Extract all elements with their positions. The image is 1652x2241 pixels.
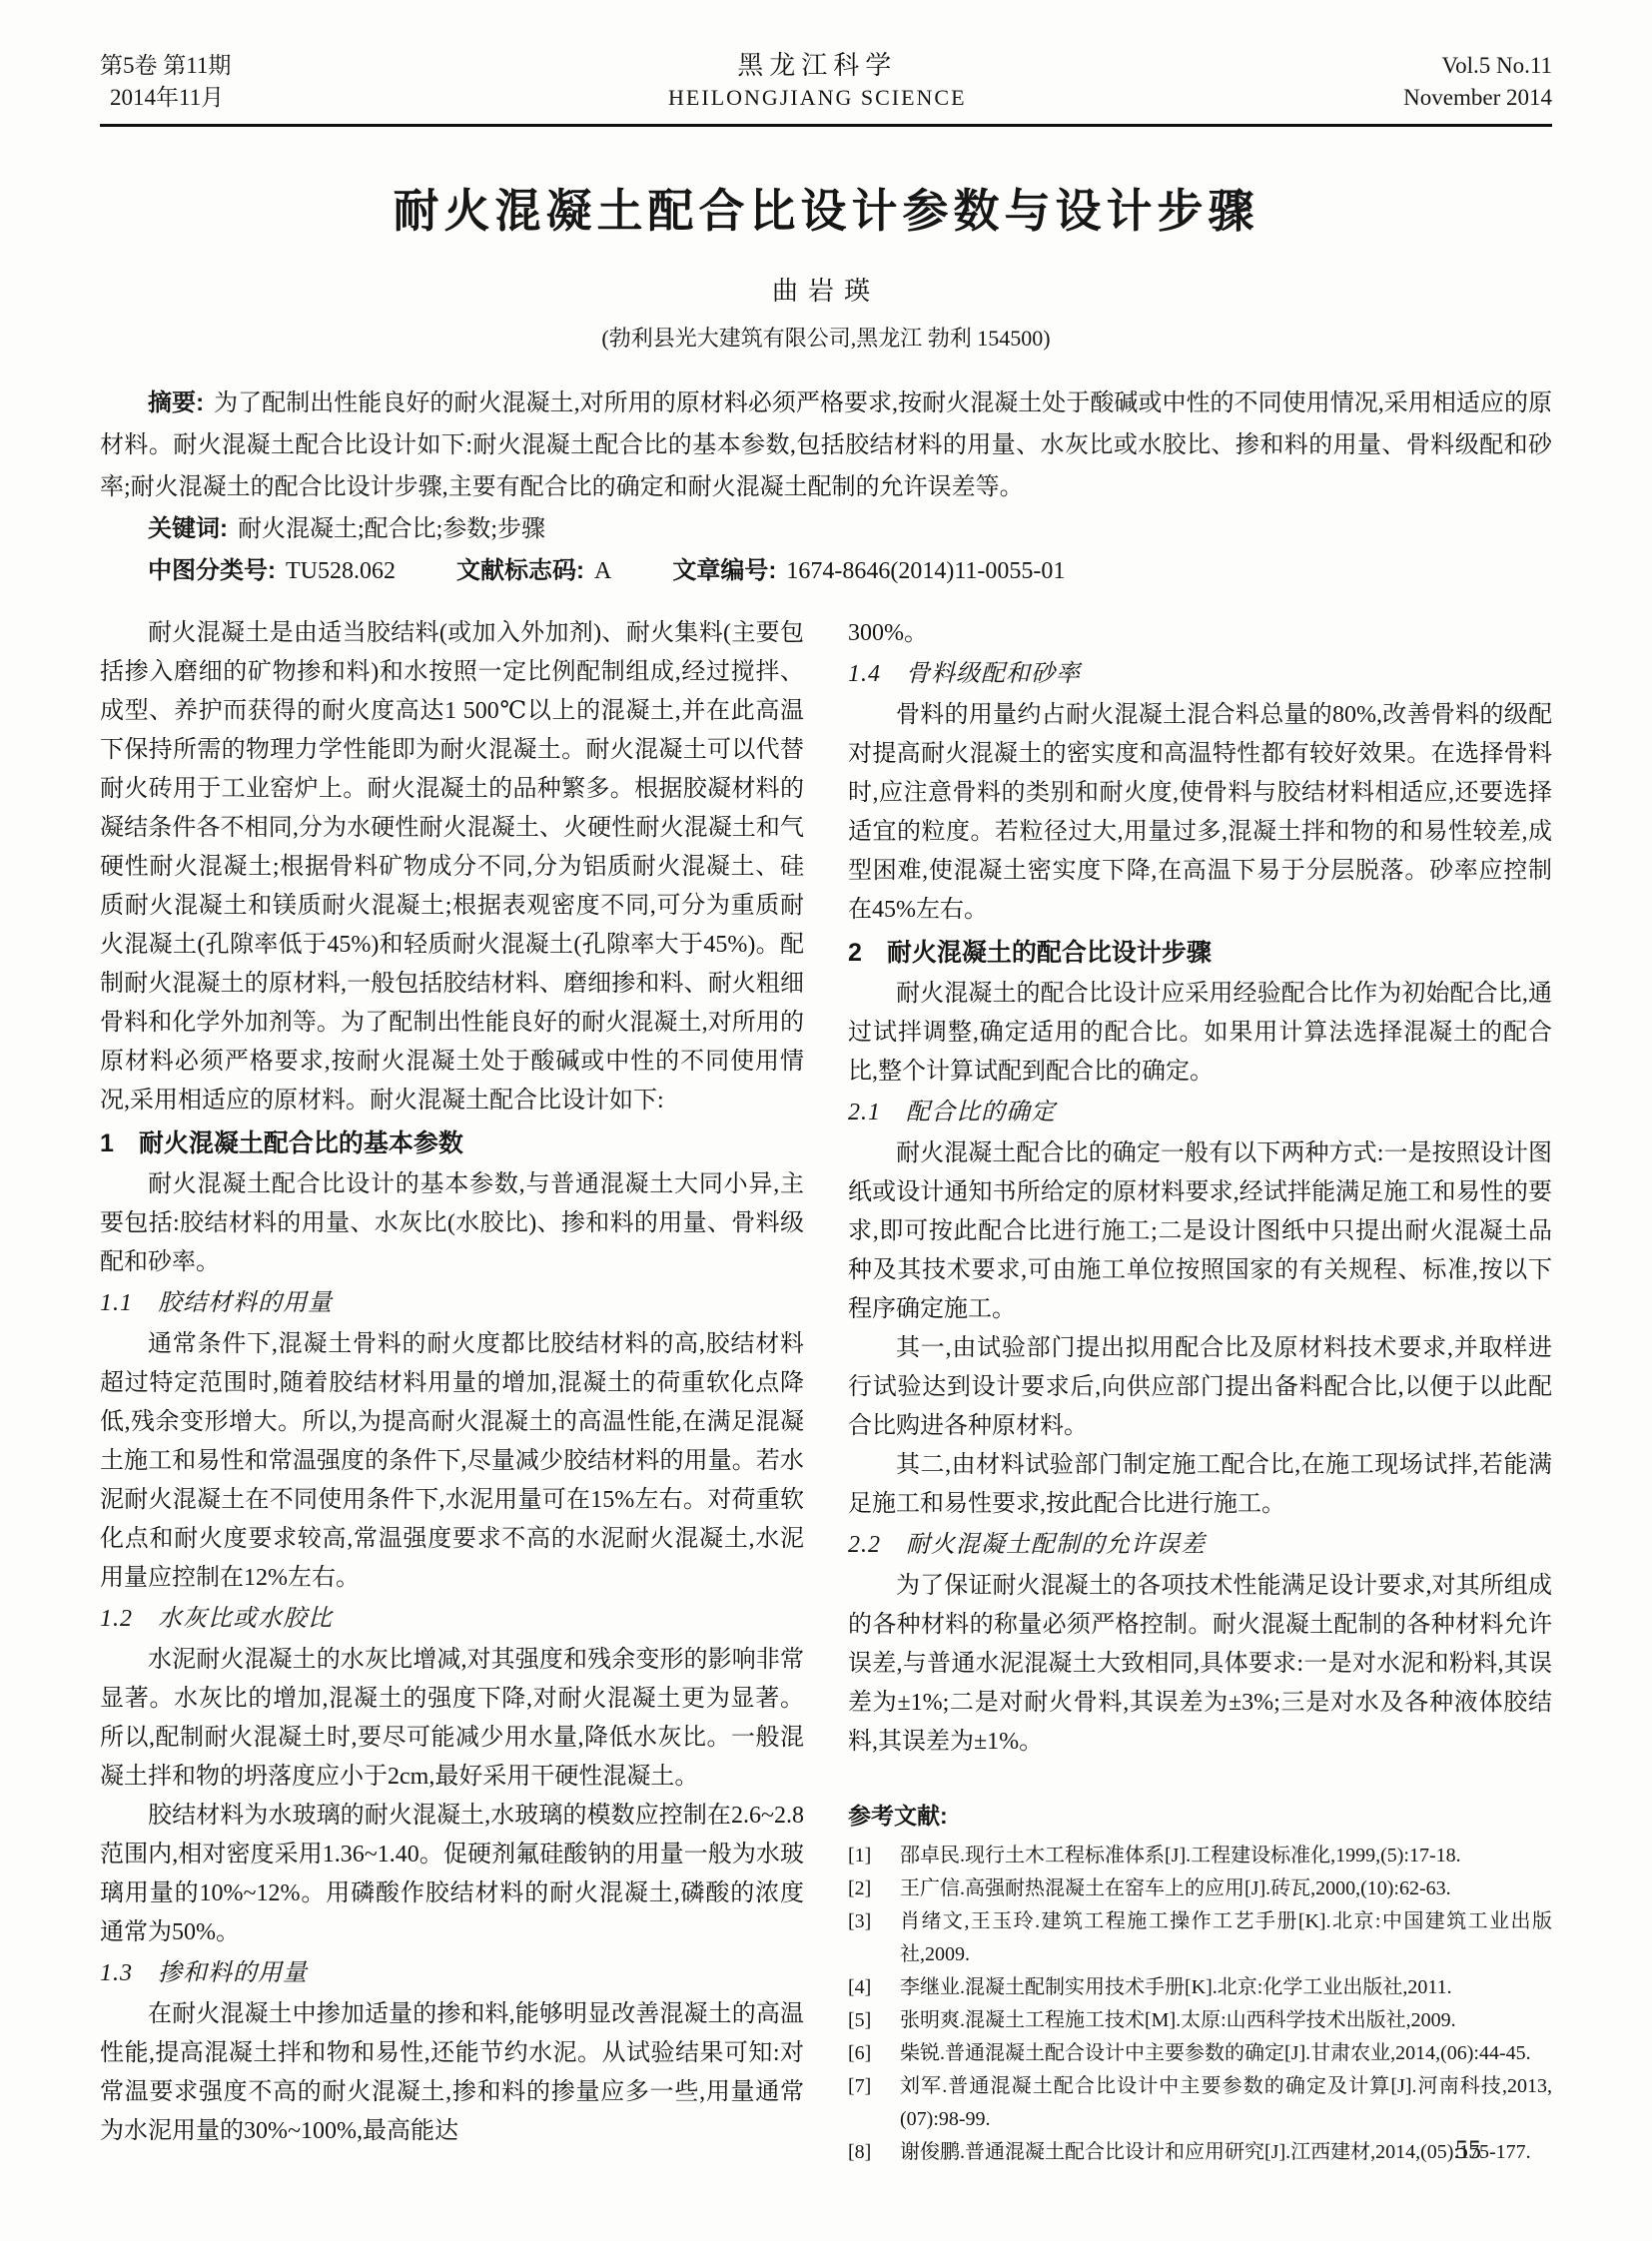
intro-paragraph: 耐火混凝土是由适当胶结料(或加入外加剂)、耐火集料(主要包括掺入磨细的矿物掺和料…: [100, 614, 804, 1120]
right-column: 300%。 1.4 骨料级配和砂率 骨料的用量约占耐火混凝土混合料总量的80%,…: [848, 614, 1552, 2169]
abstract-label: 摘要:: [148, 389, 204, 416]
masthead-volume-en-block: Vol.5 No.11 November 2014: [1403, 50, 1552, 114]
journal-name-en: HEILONGJIANG SCIENCE: [668, 82, 966, 114]
reference-item: [1]邵卓民.现行土木工程标准体系[J].工程建设标准化,1999,(5):17…: [848, 1840, 1552, 1872]
reference-item: [8]谢俊鹏.普通混凝土配合比设计和应用研究[J].江西建材,2014,(05)…: [848, 2136, 1552, 2169]
section-2-1-paragraph-1: 耐火混凝土配合比的确定一般有以下两种方式:一是按照设计图纸或设计通知书所给定的原…: [848, 1134, 1552, 1329]
keywords-label: 关键词:: [148, 515, 228, 542]
reference-number: [4]: [848, 1971, 871, 2004]
references-section: 参考文献: [1]邵卓民.现行土木工程标准体系[J].工程建设标准化,1999,…: [848, 1798, 1552, 2169]
masthead-volume-block: 第5卷 第11期 2014年11月: [100, 50, 231, 114]
section-2-heading: 2 耐火混凝土的配合比设计步骤: [848, 934, 1552, 973]
masthead-journal-block: 黑龙江科学 HEILONGJIANG SCIENCE: [668, 50, 966, 114]
reference-text: 张明爽.混凝土工程施工技术[M].太原:山西科学技术出版社,2009.: [900, 2009, 1456, 2031]
section-1-3-heading: 1.3 掺和料的用量: [100, 1954, 804, 1993]
volume-issue-en: Vol.5 No.11: [1403, 50, 1552, 82]
reference-number: [3]: [848, 1905, 871, 1938]
reference-number: [6]: [848, 2037, 871, 2070]
journal-page: 第5卷 第11期 2014年11月 黑龙江科学 HEILONGJIANG SCI…: [0, 0, 1652, 2241]
reference-number: [5]: [848, 2004, 871, 2037]
reference-item: [5]张明爽.混凝土工程施工技术[M].太原:山西科学技术出版社,2009.: [848, 2004, 1552, 2037]
date-cn: 2014年11月: [100, 82, 231, 114]
reference-item: [3]肖绪文,王玉玲.建筑工程施工操作工艺手册[K].北京:中国建筑工业出版社,…: [848, 1905, 1552, 1971]
section-1-3-paragraph: 在耐火混凝土中掺加适量的掺和料,能够明显改善混凝土的高温性能,提高混凝土拌和物和…: [100, 1995, 804, 2151]
reference-number: [7]: [848, 2070, 871, 2103]
page-number: 55: [1455, 2135, 1481, 2165]
section-2-2-heading: 2.2 耐火混凝土配制的允许误差: [848, 1526, 1552, 1565]
journal-masthead: 第5卷 第11期 2014年11月 黑龙江科学 HEILONGJIANG SCI…: [100, 0, 1552, 114]
keywords-text: 耐火混凝土;配合比;参数;步骤: [238, 516, 545, 542]
reference-text: 刘军.普通混凝土配合比设计中主要参数的确定及计算[J].河南科技,2013,(0…: [900, 2075, 1552, 2130]
reference-item: [4]李继业.混凝土配制实用技术手册[K].北京:化学工业出版社,2011.: [848, 1971, 1552, 2004]
reference-number: [1]: [848, 1840, 871, 1872]
article-id-label: 文章编号:: [672, 557, 776, 584]
section-1-4-heading: 1.4 骨料级配和砂率: [848, 655, 1552, 694]
date-en: November 2014: [1403, 82, 1552, 114]
journal-name-cn: 黑龙江科学: [668, 50, 966, 82]
reference-item: [6]柴锐.普通混凝土配合设计中主要参数的确定[J].甘肃农业,2014,(06…: [848, 2037, 1552, 2070]
section-2-1-heading: 2.1 配合比的确定: [848, 1094, 1552, 1132]
article-author: 曲岩瑛: [0, 271, 1652, 308]
article-body: 耐火混凝土是由适当胶结料(或加入外加剂)、耐火集料(主要包括掺入磨细的矿物掺和料…: [100, 614, 1552, 2169]
section-1-heading: 1 耐火混凝土配合比的基本参数: [100, 1124, 804, 1163]
header-divider: [100, 124, 1552, 127]
article-affiliation: (勃利县光大建筑有限公司,黑龙江 勃利 154500): [0, 322, 1652, 353]
clc-label: 中图分类号:: [148, 557, 276, 584]
clc-value: TU528.062: [286, 558, 396, 584]
section-1-paragraph: 耐火混凝土配合比设计的基本参数,与普通混凝土大同小异,主要包括:胶结材料的用量、…: [100, 1165, 804, 1282]
reference-number: [8]: [848, 2136, 871, 2169]
reference-text: 李继业.混凝土配制实用技术手册[K].北京:化学工业出版社,2011.: [900, 1976, 1452, 1998]
references-label: 参考文献:: [848, 1798, 1552, 1834]
reference-text: 邵卓民.现行土木工程标准体系[J].工程建设标准化,1999,(5):17-18…: [900, 1845, 1461, 1867]
section-2-1-paragraph-2: 其一,由试验部门提出拟用配合比及原材料技术要求,并取样进行试验达到设计要求后,向…: [848, 1329, 1552, 1446]
classification-line: 中图分类号:TU528.062 文献标志码:A 文章编号:1674-8646(2…: [100, 550, 1552, 592]
left-column: 耐火混凝土是由适当胶结料(或加入外加剂)、耐火集料(主要包括掺入磨细的矿物掺和料…: [100, 614, 804, 2169]
abstract-paragraph: 摘要:为了配制出性能良好的耐火混凝土,对所用的原材料必须严格要求,按耐火混凝土处…: [100, 382, 1552, 508]
keywords-line: 关键词:耐火混凝土;配合比;参数;步骤: [100, 508, 1552, 550]
reference-text: 肖绪文,王玉玲.建筑工程施工操作工艺手册[K].北京:中国建筑工业出版社,200…: [900, 1910, 1552, 1965]
reference-number: [2]: [848, 1872, 871, 1905]
doc-code-label: 文献标志码:: [456, 557, 584, 584]
section-2-paragraph: 耐火混凝土的配合比设计应采用经验配合比作为初始配合比,通过试拌调整,确定适用的配…: [848, 975, 1552, 1092]
section-1-2-heading: 1.2 水灰比或水胶比: [100, 1600, 804, 1639]
section-2-2-paragraph: 为了保证耐火混凝土的各项技术性能满足设计要求,对其所组成的各种材料的称量必须严格…: [848, 1567, 1552, 1762]
article-title: 耐火混凝土配合比设计参数与设计步骤: [0, 175, 1652, 241]
section-2-1-paragraph-3: 其二,由材料试验部门制定施工配合比,在施工现场试拌,若能满足施工和易性要求,按此…: [848, 1446, 1552, 1524]
reference-text: 王广信.高强耐热混凝土在窑车上的应用[J].砖瓦,2000,(10):62-63…: [900, 1877, 1451, 1899]
abstract-text: 为了配制出性能良好的耐火混凝土,对所用的原材料必须严格要求,按耐火混凝土处于酸碱…: [100, 390, 1552, 500]
reference-item: [2]王广信.高强耐热混凝土在窑车上的应用[J].砖瓦,2000,(10):62…: [848, 1872, 1552, 1905]
reference-item: [7]刘军.普通混凝土配合比设计中主要参数的确定及计算[J].河南科技,2013…: [848, 2070, 1552, 2136]
section-1-1-heading: 1.1 胶结材料的用量: [100, 1284, 804, 1323]
volume-issue-cn: 第5卷 第11期: [100, 50, 231, 82]
section-1-1-paragraph: 通常条件下,混凝土骨料的耐火度都比胶结材料的高,胶结材料超过特定范围时,随着胶结…: [100, 1325, 804, 1598]
reference-text: 柴锐.普通混凝土配合设计中主要参数的确定[J].甘肃农业,2014,(06):4…: [900, 2042, 1531, 2064]
article-id-value: 1674-8646(2014)11-0055-01: [786, 558, 1065, 584]
doc-code-value: A: [594, 558, 611, 584]
section-1-4-paragraph: 骨料的用量约占耐火混凝土混合料总量的80%,改善骨料的级配对提高耐火混凝土的密实…: [848, 696, 1552, 930]
reference-text: 谢俊鹏.普通混凝土配合比设计和应用研究[J].江西建材,2014,(05):17…: [900, 2141, 1531, 2163]
section-1-2-paragraph-1: 水泥耐火混凝土的水灰比增减,对其强度和残余变形的影响非常显著。水灰比的增加,混凝…: [100, 1641, 804, 1797]
section-1-2-paragraph-2: 胶结材料为水玻璃的耐火混凝土,水玻璃的模数应控制在2.6~2.8范围内,相对密度…: [100, 1797, 804, 1952]
section-1-3-continuation: 300%。: [848, 614, 1552, 653]
